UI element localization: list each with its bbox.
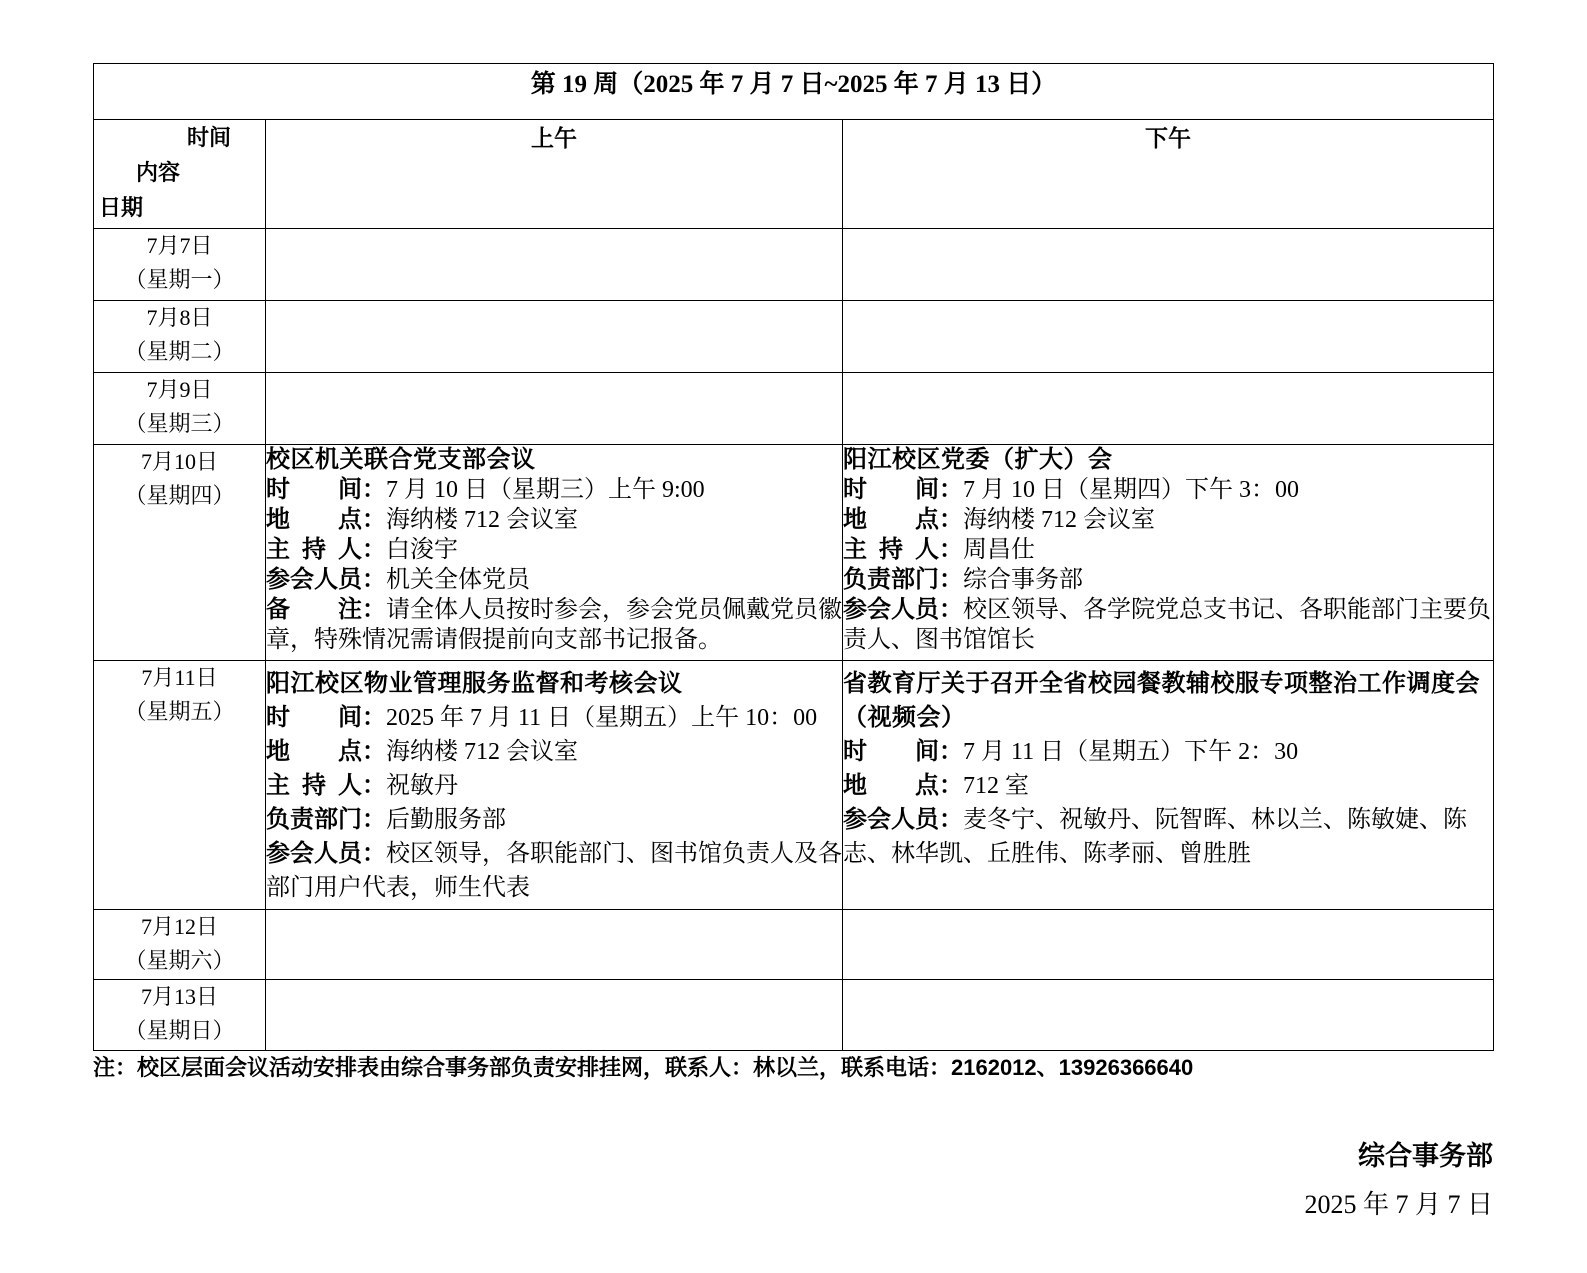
meeting-cell: 省教育厅关于召开全省校园餐教辅校服专项整治工作调度会（视频会） 时间：7 月 1… <box>843 661 1494 910</box>
field-value: 祝敏丹 <box>386 773 458 799</box>
field-label: 主持人 <box>266 535 362 565</box>
field-label: 地点 <box>843 769 939 803</box>
footnote: 注：校区层面会议活动安排表由综合事务部负责安排挂网，联系人：林以兰，联系电话：2… <box>93 1051 1193 1082</box>
col-header-morning: 上午 <box>266 120 843 229</box>
field-value: 712 室 <box>963 773 1029 799</box>
field-value: 周昌仕 <box>963 537 1035 563</box>
corner-label-time: 时间 <box>94 120 265 155</box>
date-line1: 7月10日 <box>94 445 265 479</box>
date-line2: （星期四） <box>94 479 265 513</box>
date-cell: 7月12日 （星期六） <box>94 910 266 980</box>
empty-cell <box>266 910 843 980</box>
field-label: 备注 <box>266 595 362 625</box>
date-cell: 7月10日 （星期四） <box>94 445 266 661</box>
field-colon: ： <box>362 840 386 867</box>
field-label: 地点 <box>266 505 362 535</box>
corner-label-date: 日期 <box>94 190 265 225</box>
field-value: 海纳楼 712 会议室 <box>386 507 578 533</box>
field-colon: ： <box>362 806 386 833</box>
field-colon: ： <box>939 566 963 593</box>
field-colon: ： <box>939 738 963 765</box>
week-title: 第 19 周（2025 年 7 月 7 日~2025 年 7 月 13 日） <box>94 64 1494 120</box>
date-cell: 7月11日 （星期五） <box>94 661 266 910</box>
table-row: 7月11日 （星期五） 阳江校区物业管理服务监督和考核会议 时间：2025 年 … <box>94 661 1494 910</box>
meeting-cell: 阳江校区物业管理服务监督和考核会议 时间：2025 年 7 月 11 日（星期五… <box>266 661 843 910</box>
field-value: 机关全体党员 <box>386 567 530 593</box>
field-label: 时间 <box>266 701 362 735</box>
field-colon: ： <box>362 772 386 799</box>
meeting-title: 校区机关联合党支部会议 <box>266 445 842 475</box>
date-line1: 7月12日 <box>94 910 265 944</box>
field-value: 海纳楼 712 会议室 <box>386 739 578 765</box>
empty-cell <box>843 910 1494 980</box>
meeting-cell: 阳江校区党委（扩大）会 时间：7 月 10 日（星期四）下午 3：00 地点：海… <box>843 445 1494 661</box>
table-row: 7月8日 （星期二） <box>94 301 1494 373</box>
empty-cell <box>843 373 1494 445</box>
field-label: 主持人 <box>843 535 939 565</box>
field-label: 参会人员 <box>266 837 362 871</box>
field-label: 地点 <box>843 505 939 535</box>
field-colon: ： <box>362 536 386 563</box>
field-label: 参会人员 <box>266 565 362 595</box>
date-cell: 7月13日 （星期日） <box>94 980 266 1051</box>
date-line1: 7月7日 <box>94 229 265 263</box>
field-value: 海纳楼 712 会议室 <box>963 507 1155 533</box>
date-cell: 7月9日 （星期三） <box>94 373 266 445</box>
document-page: 第 19 周（2025 年 7 月 7 日~2025 年 7 月 13 日） 时… <box>0 0 1587 1273</box>
corner-header: 时间 内容 日期 <box>94 120 266 229</box>
field-label: 参会人员 <box>843 595 939 625</box>
empty-cell <box>266 373 843 445</box>
field-label: 负责部门 <box>843 565 939 595</box>
date-line2: （星期二） <box>94 335 265 369</box>
field-colon: ： <box>939 596 963 623</box>
date-line1: 7月13日 <box>94 980 265 1014</box>
field-colon: ： <box>362 476 386 503</box>
field-value: 白浚宇 <box>386 537 458 563</box>
col-header-afternoon: 下午 <box>843 120 1494 229</box>
table-row: 7月13日 （星期日） <box>94 980 1494 1051</box>
field-colon: ： <box>362 566 386 593</box>
field-label: 负责部门 <box>266 803 362 837</box>
date-line2: （星期日） <box>94 1014 265 1048</box>
field-colon: ： <box>939 506 963 533</box>
meeting-title: 阳江校区物业管理服务监督和考核会议 <box>266 667 842 701</box>
date-cell: 7月8日 （星期二） <box>94 301 266 373</box>
date-line2: （星期三） <box>94 407 265 441</box>
date-cell: 7月7日 （星期一） <box>94 229 266 301</box>
date-line1: 7月9日 <box>94 373 265 407</box>
field-colon: ： <box>362 738 386 765</box>
field-colon: ： <box>362 506 386 533</box>
field-value: 后勤服务部 <box>386 807 506 833</box>
field-label: 主持人 <box>266 769 362 803</box>
field-colon: ： <box>939 772 963 799</box>
meeting-title: 省教育厅关于召开全省校园餐教辅校服专项整治工作调度会（视频会） <box>843 667 1493 735</box>
meeting-cell: 校区机关联合党支部会议 时间：7 月 10 日（星期三）上午 9:00 地点：海… <box>266 445 843 661</box>
signature-date: 2025 年 7 月 7 日 <box>1304 1184 1493 1221</box>
empty-cell <box>266 301 843 373</box>
field-value: 7 月 10 日（星期四）下午 3：00 <box>963 477 1299 503</box>
field-colon: ： <box>362 704 386 731</box>
empty-cell <box>266 229 843 301</box>
empty-cell <box>843 301 1494 373</box>
table-row: 7月7日 （星期一） <box>94 229 1494 301</box>
field-label: 地点 <box>266 735 362 769</box>
date-line2: （星期一） <box>94 263 265 297</box>
field-value: 7 月 11 日（星期五）下午 2：30 <box>963 739 1298 765</box>
table-row: 7月12日 （星期六） <box>94 910 1494 980</box>
date-line2: （星期六） <box>94 944 265 978</box>
field-colon: ： <box>939 476 963 503</box>
table-row: 7月10日 （星期四） 校区机关联合党支部会议 时间：7 月 10 日（星期三）… <box>94 445 1494 661</box>
field-colon: ： <box>939 536 963 563</box>
empty-cell <box>266 980 843 1051</box>
field-label: 时间 <box>843 475 939 505</box>
date-line1: 7月8日 <box>94 301 265 335</box>
empty-cell <box>843 229 1494 301</box>
date-line1: 7月11日 <box>94 661 265 695</box>
signature-department: 综合事务部 <box>1358 1134 1493 1173</box>
meeting-title: 阳江校区党委（扩大）会 <box>843 445 1493 475</box>
empty-cell <box>843 980 1494 1051</box>
field-label: 时间 <box>843 735 939 769</box>
field-colon: ： <box>939 806 963 833</box>
field-value: 2025 年 7 月 11 日（星期五）上午 10：00 <box>386 705 817 731</box>
date-line2: （星期五） <box>94 695 265 729</box>
corner-label-content: 内容 <box>94 155 265 190</box>
field-label: 参会人员 <box>843 803 939 837</box>
field-label: 时间 <box>266 475 362 505</box>
field-colon: ： <box>362 596 386 623</box>
schedule-table: 第 19 周（2025 年 7 月 7 日~2025 年 7 月 13 日） 时… <box>93 63 1494 1051</box>
field-value: 7 月 10 日（星期三）上午 9:00 <box>386 477 705 503</box>
table-row: 7月9日 （星期三） <box>94 373 1494 445</box>
field-value: 综合事务部 <box>963 567 1083 593</box>
